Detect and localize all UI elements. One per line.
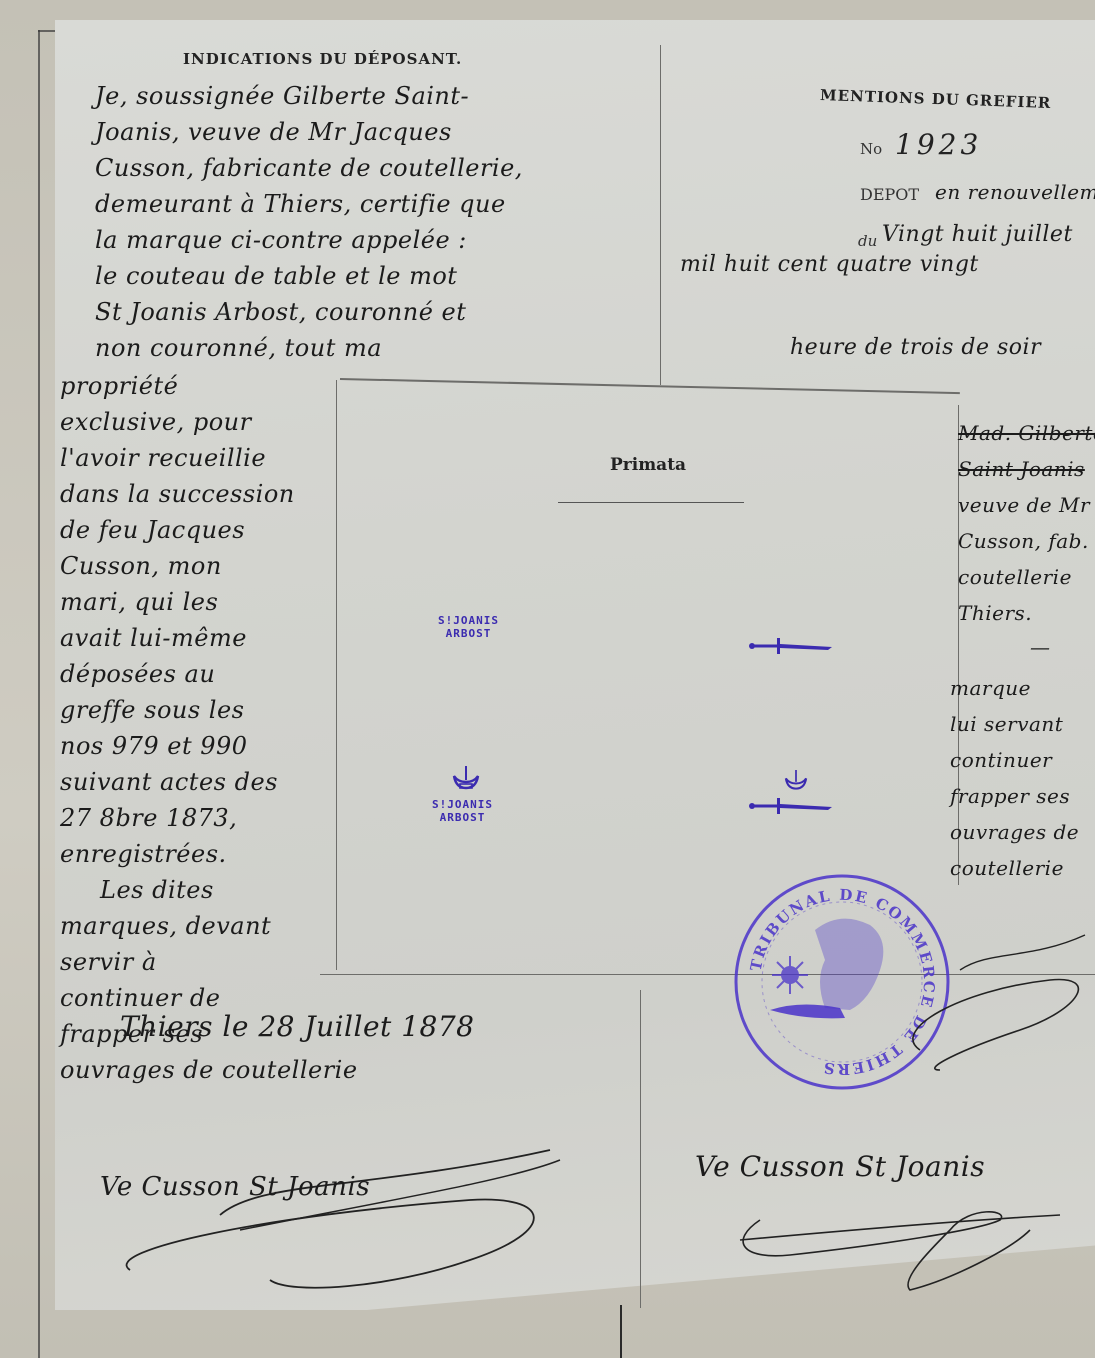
mark-text-stamp-crowned: S!JOANIS ARBOST [432,798,493,824]
deposit-number: 1923 [895,128,982,161]
purpose-line: marque [950,670,1079,706]
declaration-line: servir à [60,944,358,980]
purpose-line: continuer [950,742,1079,778]
number-label: No [860,140,882,158]
depot-value: en renouvellement [935,180,1095,204]
stamp-line-2: ARBOST [438,627,499,640]
knife-mark-icon [748,636,838,658]
declaration-line: la marque ci-contre appelée : [95,222,523,258]
depositor-signature-scribble-icon [90,1120,590,1290]
depot-label: DEPOT [860,185,919,204]
ledger-rule-bottom [620,1305,622,1358]
declaration-line: propriété [60,368,358,404]
depositor-line: Mad. Gilberte [958,415,1095,451]
crown-mark-icon [452,766,480,792]
declaration-line: greffe sous les [60,692,358,728]
declaration-line: enregistrées. [60,836,358,872]
declaration-line: Cusson, mon [60,548,358,584]
depositor-line: coutellerie [958,559,1095,595]
knife-mark-icon [748,796,838,818]
column-divider-top [660,45,661,385]
declaration-line: marques, devant [60,908,358,944]
declaration-line: déposées au [60,656,358,692]
purpose-line: frapper ses [950,778,1079,814]
declaration-line: mari, qui les [60,584,358,620]
crown-mark-icon [784,770,808,792]
stamp-line-1: S!JOANIS [432,798,493,811]
declaration-line: de feu Jacques [60,512,358,548]
declaration-line: Les dites [60,872,358,908]
purpose-line: ouvrages de [950,814,1079,850]
mark-text-stamp: S!JOANIS ARBOST [438,614,499,640]
declaration-line: ouvrages de coutellerie [60,1052,358,1088]
declaration-line: demeurant à Thiers, certifie que [95,186,523,222]
declaration-text: Je, soussignée Gilberte Saint- Joanis, v… [95,78,523,366]
depositor-line: Saint Joanis [958,451,1095,487]
specimen-title-rule [558,502,744,503]
depositor-line: Cusson, fab. [958,523,1095,559]
declaration-line: le couteau de table et le mot [95,258,523,294]
declaration-line: exclusive, pour [60,404,358,440]
registrar-signature-scribble-icon [730,1210,1070,1300]
declaration-line: dans la succession [60,476,358,512]
declaration-line: nos 979 et 990 [60,728,358,764]
column-divider-bottom [640,990,641,1308]
depositor-line: veuve de Mr [958,487,1095,523]
declaration-line: St Joanis Arbost, couronné et [95,294,523,330]
date-label: du [858,232,877,250]
declaration-line: l'avoir recueillie [60,440,358,476]
time-line: heure de trois de soir [790,335,1041,360]
declaration-line: Cusson, fabricante de coutellerie, [95,150,523,186]
registrar-signature: Ve Cusson St Joanis [695,1150,985,1183]
date-line-2: mil huit cent quatre vingt [680,252,979,277]
purpose-line: coutellerie [950,850,1079,886]
declaration-line: Je, soussignée Gilberte Saint- [95,78,523,114]
purpose-line: lui servant [950,706,1079,742]
depositor-heading: INDICATIONS DU DÉPOSANT. [183,50,462,68]
declaration-line: Joanis, veuve de Mr Jacques [95,114,523,150]
stamp-line-2: ARBOST [432,811,493,824]
declaration-line: suivant actes des [60,764,358,800]
seal-overlap-signature-icon [900,930,1090,1080]
specimen-title: Primata [610,455,686,475]
date-value: Vingt huit juillet [882,222,1073,247]
stamp-line-1: S!JOANIS [438,614,499,627]
ledger-rule-left [38,30,40,1358]
declaration-line: 27 8bre 1873, [60,800,358,836]
depositor-signature: Ve Cusson St Joanis [100,1172,370,1202]
declaration-text-narrow: propriété exclusive, pour l'avoir recuei… [60,368,358,1088]
depositor-line: Thiers. [958,595,1095,631]
place-date: Thiers le 28 Juillet 1878 [120,1010,474,1043]
separator-dash: — [1030,635,1051,659]
declaration-line: non couronné, tout ma [95,330,523,366]
declaration-line: avait lui-même [60,620,358,656]
mark-purpose-notes: marque lui servant continuer frapper ses… [950,670,1079,886]
depositor-notes: Mad. Gilberte Saint Joanis veuve de Mr C… [958,415,1095,631]
